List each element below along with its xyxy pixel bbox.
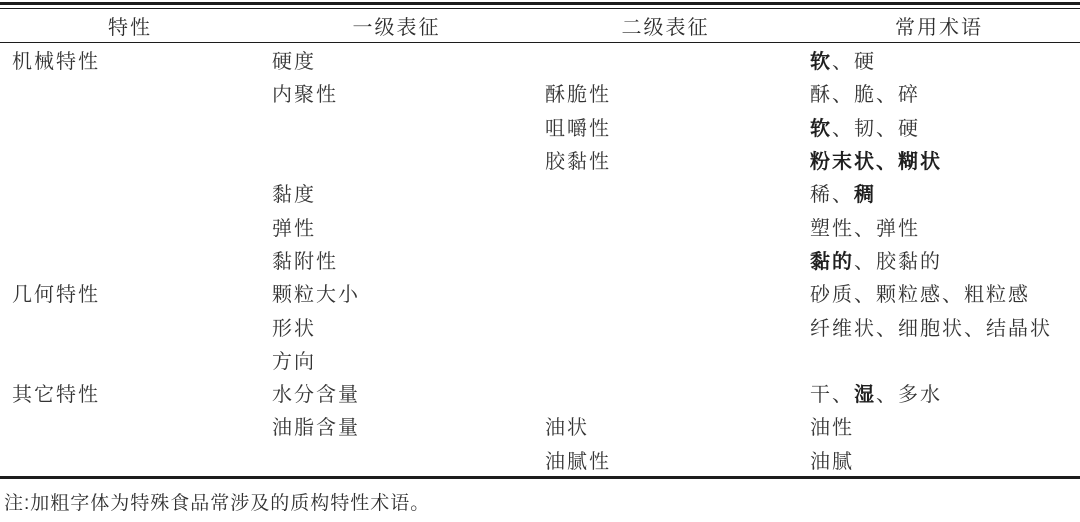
term-segment-bold: 软 xyxy=(810,118,832,140)
cell-characteristic: 几何特性 xyxy=(0,278,260,307)
cell-secondary: 油腻性 xyxy=(533,445,798,474)
cell-primary: 内聚性 xyxy=(260,78,533,107)
table-row: 其它特性 水分含量 干、湿、多水 xyxy=(0,376,1080,409)
term-segment: 干、 xyxy=(810,384,854,406)
cell-secondary: 酥脆性 xyxy=(533,78,798,107)
header-characteristic: 特性 xyxy=(0,11,260,40)
term-segment-bold: 软 xyxy=(810,51,832,73)
table-row: 黏度 稀、稠 xyxy=(0,176,1080,209)
table-row: 黏附性 黏的、胶黏的 xyxy=(0,243,1080,276)
header-secondary-characterization: 二级表征 xyxy=(533,11,798,40)
cell-characteristic: 其它特性 xyxy=(0,378,260,407)
cell-primary: 颗粒大小 xyxy=(260,278,533,307)
term-segment: 稀、 xyxy=(810,184,854,206)
cell-secondary: 咀嚼性 xyxy=(533,112,798,141)
table-row: 油腻性 油腻 xyxy=(0,443,1080,476)
cell-terms: 软、韧、硬 xyxy=(798,112,1080,141)
table-row: 形状 纤维状、细胞状、结晶状 xyxy=(0,309,1080,342)
cell-primary: 方向 xyxy=(260,345,533,374)
cell-terms: 干、湿、多水 xyxy=(798,378,1080,407)
term-segment: 、硬 xyxy=(832,51,876,73)
cell-terms: 油腻 xyxy=(798,445,1080,474)
term-segment-bold: 稠 xyxy=(854,184,876,206)
term-segment-bold: 黏的 xyxy=(810,251,854,273)
table-row: 内聚性 酥脆性 酥、脆、碎 xyxy=(0,76,1080,109)
header-common-terms: 常用术语 xyxy=(798,11,1080,40)
texture-characteristics-page: 特性 一级表征 二级表征 常用术语 机械特性 硬度 软、硬 内聚性 酥脆性 酥、… xyxy=(0,0,1080,522)
table-row: 几何特性 颗粒大小 砂质、颗粒感、粗粒感 xyxy=(0,276,1080,309)
table-header-row: 特性 一级表征 二级表征 常用术语 xyxy=(0,9,1080,42)
cell-terms: 软、硬 xyxy=(798,45,1080,74)
table-row: 胶黏性 粉末状、糊状 xyxy=(0,143,1080,176)
cell-secondary: 油状 xyxy=(533,411,798,440)
cell-primary: 水分含量 xyxy=(260,378,533,407)
table-row: 弹性 塑性、弹性 xyxy=(0,209,1080,242)
term-segment: 、胶黏的 xyxy=(854,251,942,273)
table-row: 咀嚼性 软、韧、硬 xyxy=(0,110,1080,143)
term-segment: 塑性、弹性 xyxy=(810,218,920,240)
cell-primary: 黏附性 xyxy=(260,245,533,274)
term-segment: 油腻 xyxy=(810,451,854,473)
cell-primary: 油脂含量 xyxy=(260,411,533,440)
cell-primary: 硬度 xyxy=(260,45,533,74)
cell-terms: 稀、稠 xyxy=(798,178,1080,207)
header-primary-characterization: 一级表征 xyxy=(260,11,533,40)
term-segment: 、韧、硬 xyxy=(832,118,920,140)
cell-secondary: 胶黏性 xyxy=(533,145,798,174)
term-segment: 砂质、颗粒感、粗粒感 xyxy=(810,284,1030,306)
cell-terms: 塑性、弹性 xyxy=(798,212,1080,241)
cell-terms: 砂质、颗粒感、粗粒感 xyxy=(798,278,1080,307)
table-row: 油脂含量 油状 油性 xyxy=(0,409,1080,442)
term-segment: 、多水 xyxy=(876,384,942,406)
table-bottom-rule xyxy=(0,476,1080,479)
term-segment-bold: 湿 xyxy=(854,384,876,406)
term-segment: 油性 xyxy=(810,417,854,439)
term-segment: 酥、脆、碎 xyxy=(810,84,920,106)
table-footnote: 注:加粗字体为特殊食品常涉及的质构特性术语。 xyxy=(0,488,1080,515)
term-segment: 纤维状、细胞状、结晶状 xyxy=(810,318,1052,340)
cell-terms: 油性 xyxy=(798,411,1080,440)
cell-terms: 黏的、胶黏的 xyxy=(798,245,1080,274)
cell-terms: 纤维状、细胞状、结晶状 xyxy=(798,312,1080,341)
table-row: 机械特性 硬度 软、硬 xyxy=(0,43,1080,76)
cell-primary: 黏度 xyxy=(260,178,533,207)
cell-primary: 形状 xyxy=(260,312,533,341)
cell-terms: 酥、脆、碎 xyxy=(798,78,1080,107)
table-body: 机械特性 硬度 软、硬 内聚性 酥脆性 酥、脆、碎 咀嚼性 软、韧、硬 胶黏性 … xyxy=(0,43,1080,476)
table-row: 方向 xyxy=(0,343,1080,376)
cell-primary: 弹性 xyxy=(260,212,533,241)
cell-characteristic: 机械特性 xyxy=(0,45,260,74)
term-segment-bold: 粉末状、糊状 xyxy=(810,151,942,173)
cell-terms: 粉末状、糊状 xyxy=(798,145,1080,174)
